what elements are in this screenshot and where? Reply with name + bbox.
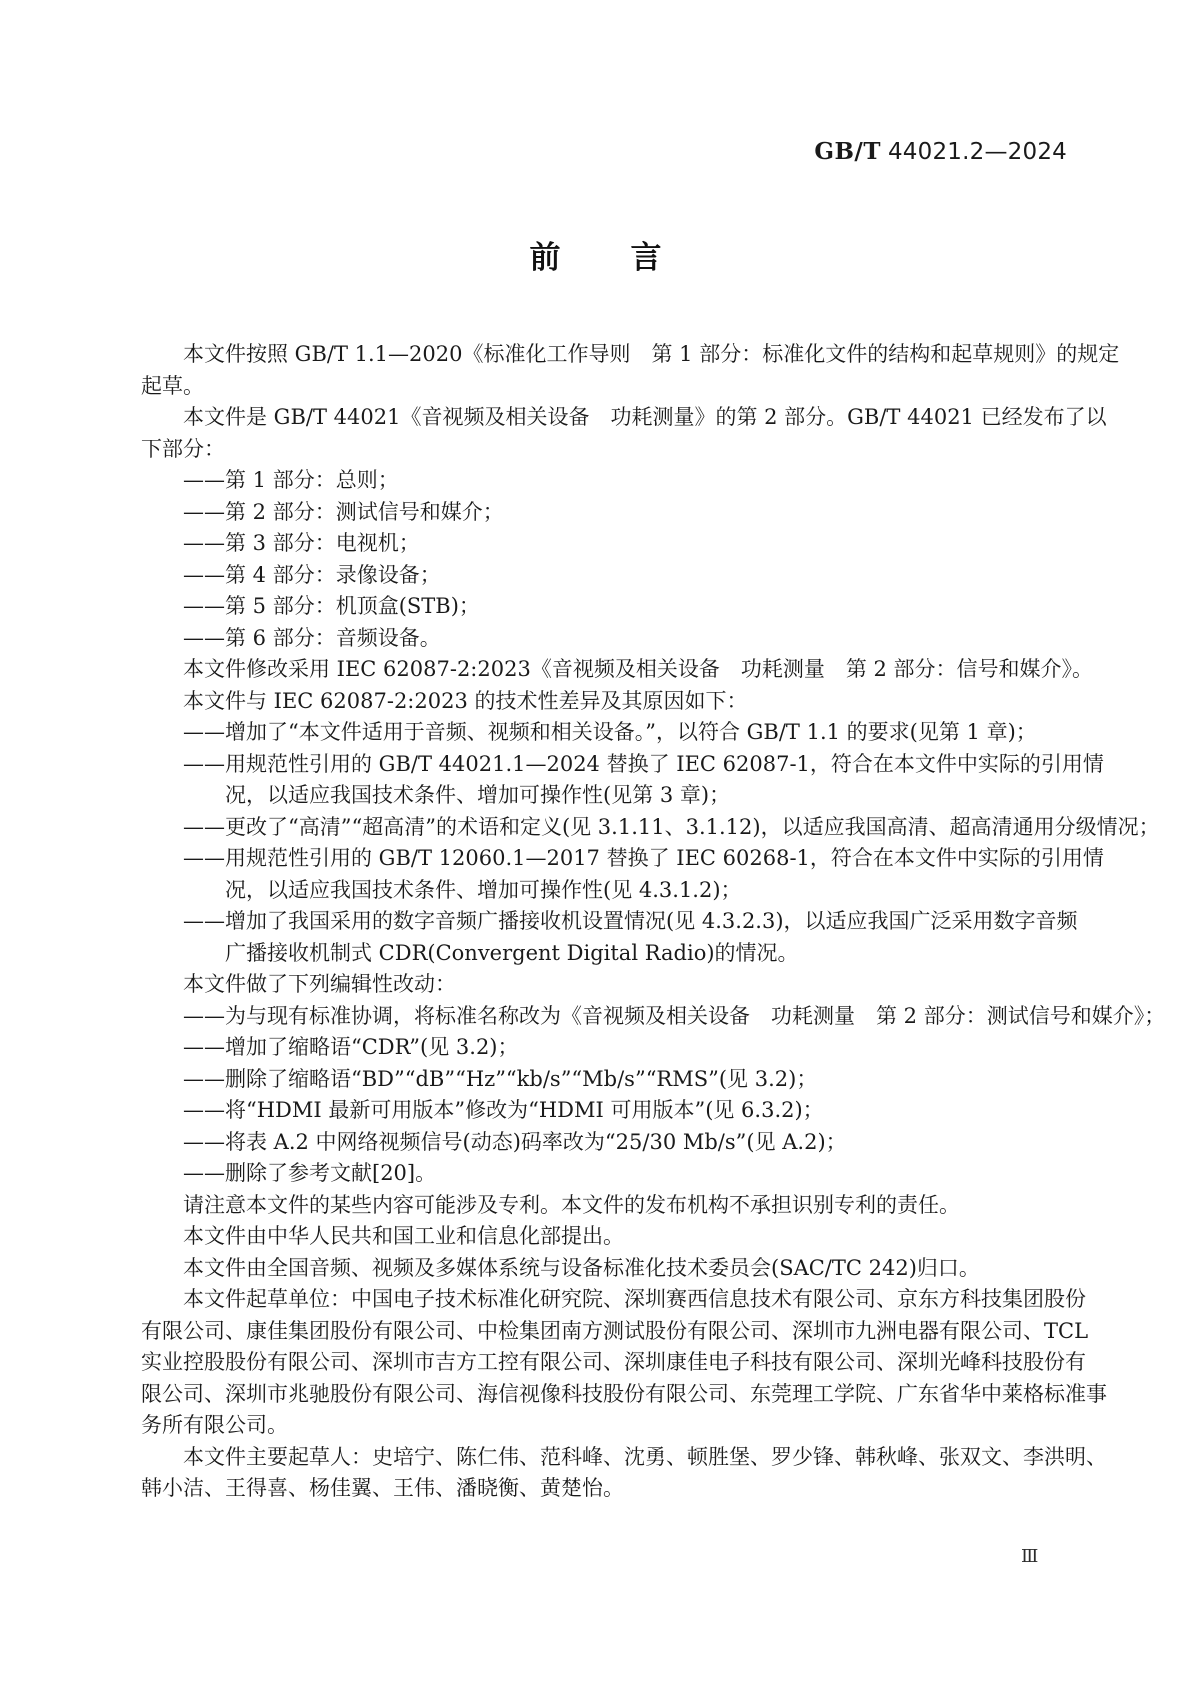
foreword-body: 本文件按照 GB/T 1.1—2020《标准化工作导则 第 1 部分：标准化文件… [141,339,1085,1505]
text-line: 务所有限公司。 [141,1410,1085,1442]
document-page: GB/T44021.2—2024 前 言 本文件按照 GB/T 1.1—2020… [0,0,1191,1685]
page-number: Ⅲ [1021,1546,1038,1567]
text-line: ——第 4 部分：录像设备； [141,560,1085,592]
text-line: 下部分： [141,434,1085,466]
text-line: ——更改了“高清”“超高清”的术语和定义(见 3.1.11、3.1.12)，以适… [141,812,1085,844]
text-line: ——为与现有标准协调，将标准名称改为《音视频及相关设备 功耗测量 第 2 部分：… [141,1001,1085,1033]
text-line: 本文件由中华人民共和国工业和信息化部提出。 [141,1221,1085,1253]
text-line: 本文件与 IEC 62087-2:2023 的技术性差异及其原因如下： [141,686,1085,718]
page-title-char-2: 言 [631,238,662,278]
text-line: 请注意本文件的某些内容可能涉及专利。本文件的发布机构不承担识别专利的责任。 [141,1190,1085,1222]
text-line: ——用规范性引用的 GB/T 44021.1—2024 替换了 IEC 6208… [141,749,1085,781]
text-line: 本文件按照 GB/T 1.1—2020《标准化工作导则 第 1 部分：标准化文件… [141,339,1085,371]
standard-code-header: GB/T44021.2—2024 [814,138,1067,165]
text-line: 况，以适应我国技术条件、增加可操作性(见 4.3.1.2)； [141,875,1085,907]
text-line: 本文件主要起草人：史培宁、陈仁伟、范科峰、沈勇、顿胜堡、罗少锋、韩秋峰、张双文、… [141,1442,1085,1474]
text-line: 本文件由全国音频、视频及多媒体系统与设备标准化技术委员会(SAC/TC 242)… [141,1253,1085,1285]
text-line: ——将“HDMI 最新可用版本”修改为“HDMI 可用版本”(见 6.3.2)； [141,1095,1085,1127]
text-line: ——第 2 部分：测试信号和媒介； [141,497,1085,529]
text-line: 本文件修改采用 IEC 62087-2:2023《音视频及相关设备 功耗测量 第… [141,654,1085,686]
text-line: 广播接收机制式 CDR(Convergent Digital Radio)的情况… [141,938,1085,970]
text-line: ——删除了参考文献[20]。 [141,1158,1085,1190]
standard-code-number: 44021.2—2024 [888,139,1067,165]
page-title-char-1: 前 [530,238,561,278]
page-title: 前 言 [0,238,1191,278]
text-line: ——第 1 部分：总则； [141,465,1085,497]
text-line: 韩小洁、王得喜、杨佳翼、王伟、潘晓衡、黄楚怡。 [141,1473,1085,1505]
text-line: 限公司、深圳市兆驰股份有限公司、海信视像科技股份有限公司、东莞理工学院、广东省华… [141,1379,1085,1411]
standard-code-prefix: GB/T [814,138,881,165]
text-line: ——增加了我国采用的数字音频广播接收机设置情况(见 4.3.2.3)，以适应我国… [141,906,1085,938]
text-line: ——第 6 部分：音频设备。 [141,623,1085,655]
text-line: 况，以适应我国技术条件、增加可操作性(见第 3 章)； [141,780,1085,812]
text-line: ——第 5 部分：机顶盒(STB)； [141,591,1085,623]
text-line: ——增加了“本文件适用于音频、视频和相关设备。”，以符合 GB/T 1.1 的要… [141,717,1085,749]
text-line: 本文件是 GB/T 44021《音视频及相关设备 功耗测量》的第 2 部分。GB… [141,402,1085,434]
text-line: 起草。 [141,371,1085,403]
text-line: 实业控股股份有限公司、深圳市吉方工控有限公司、深圳康佳电子科技有限公司、深圳光峰… [141,1347,1085,1379]
text-line: 有限公司、康佳集团股份有限公司、中检集团南方测试股份有限公司、深圳市九洲电器有限… [141,1316,1085,1348]
text-line: 本文件做了下列编辑性改动： [141,969,1085,1001]
text-line: ——第 3 部分：电视机； [141,528,1085,560]
text-line: ——删除了缩略语“BD”“dB”“Hz”“kb/s”“Mb/s”“RMS”(见 … [141,1064,1085,1096]
text-line: ——将表 A.2 中网络视频信号(动态)码率改为“25/30 Mb/s”(见 A… [141,1127,1085,1159]
text-line: 本文件起草单位：中国电子技术标准化研究院、深圳赛西信息技术有限公司、京东方科技集… [141,1284,1085,1316]
text-line: ——用规范性引用的 GB/T 12060.1—2017 替换了 IEC 6026… [141,843,1085,875]
text-line: ——增加了缩略语“CDR”(见 3.2)； [141,1032,1085,1064]
